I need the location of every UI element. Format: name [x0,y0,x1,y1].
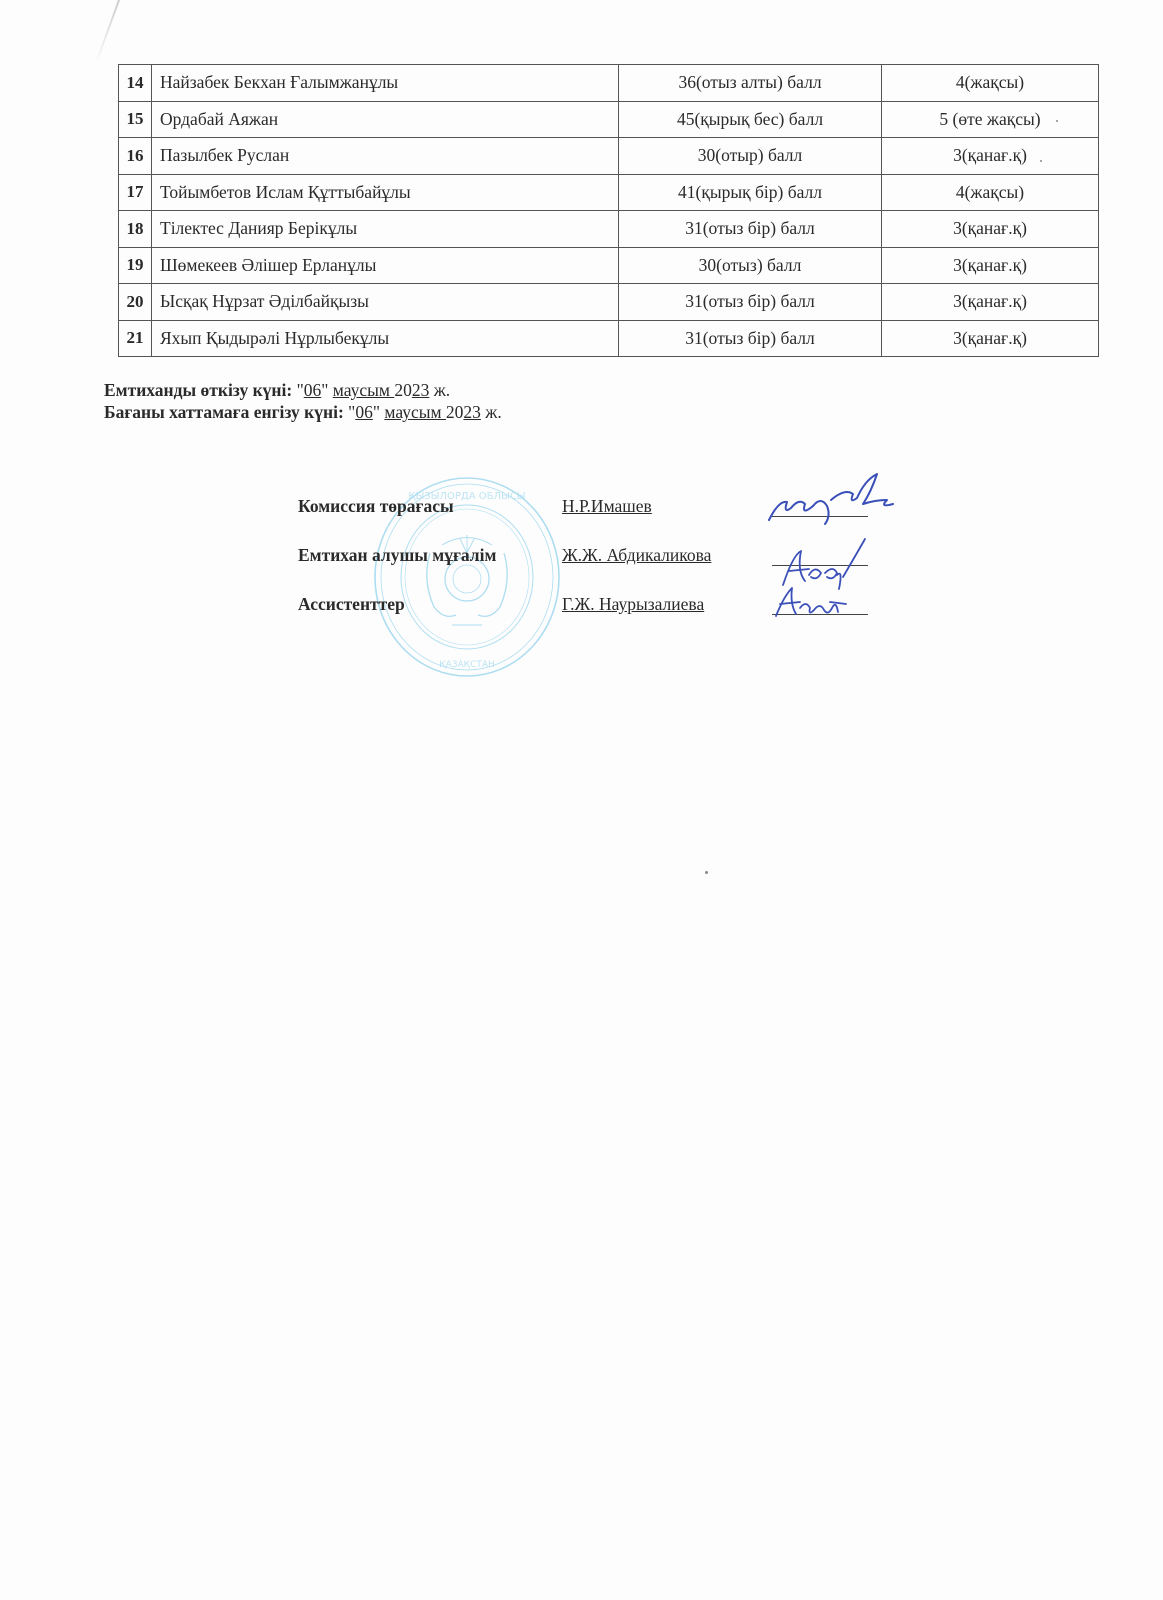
grade-cell: 3(қанағ.қ) [882,284,1099,321]
protocol-date-day: 06 [355,402,373,422]
exam-date-line: Емтиханды өткізу күні: "06" маусым 2023 … [104,379,502,401]
svg-text:ҚАЗАҚСТАН: ҚАЗАҚСТАН [439,660,495,670]
student-name: Тойымбетов Ислам Құттыбайұлы [152,174,619,211]
table-row: 14Найзабек Бекхан Ғалымжанұлы36(отыз алт… [119,65,1099,102]
protocol-date-year-suffix: 23 [463,402,481,422]
protocol-date-line: Бағаны хаттамаға енгізу күні: "06" маусы… [104,401,502,423]
row-number: 18 [119,211,152,248]
handwritten-signature-icon [770,582,860,622]
grade-cell: 5 (өте жақсы) [882,101,1099,138]
signature-name: Н.Р.Имашев [562,496,652,517]
table-row: 20Ысқақ Нұрзат Әділбайқызы31(отыз бір) б… [119,284,1099,321]
table-row: 16Пазылбек Руслан30(отыр) балл3(қанағ.қ) [119,138,1099,175]
signature-name: Г.Ж. Наурызалиева [562,594,704,615]
student-name: Пазылбек Руслан [152,138,619,175]
row-number: 17 [119,174,152,211]
protocol-date-label: Бағаны хаттамаға енгізу күні: [104,402,344,422]
score-cell: 36(отыз алты) балл [619,65,882,102]
row-number: 20 [119,284,152,321]
score-cell: 30(отыз) балл [619,247,882,284]
grade-cell: 4(жақсы) [882,174,1099,211]
exam-date-year-prefix: 20 [394,380,412,400]
score-cell: 45(қырық бес) балл [619,101,882,138]
signature-line [772,614,868,615]
exam-date-tail: ж. [429,380,450,400]
quote-close: " [321,380,333,400]
quote-open: " [344,402,356,422]
score-cell: 41(қырық бір) балл [619,174,882,211]
signature-role: Комиссия төрағасы [298,496,454,517]
row-number: 19 [119,247,152,284]
table-row: 19Шөмекеев Әлішер Ерланұлы30(отыз) балл3… [119,247,1099,284]
table-row: 15Ордабай Аяжан45(қырық бес) балл5 (өте … [119,101,1099,138]
exam-date-label: Емтиханды өткізу күні: [104,380,292,400]
scan-fold-artifact [96,0,120,60]
grade-cell: 4(жақсы) [882,65,1099,102]
handwritten-signature-icon [765,470,900,530]
row-number: 21 [119,320,152,357]
dates-block: Емтиханды өткізу күні: "06" маусым 2023 … [104,379,502,423]
score-cell: 31(отыз бір) балл [619,284,882,321]
student-name: Шөмекеев Әлішер Ерланұлы [152,247,619,284]
score-cell: 31(отыз бір) балл [619,211,882,248]
grade-cell: 3(қанағ.қ) [882,247,1099,284]
grades-table: 14Найзабек Бекхан Ғалымжанұлы36(отыз алт… [118,64,1099,357]
student-name: Найзабек Бекхан Ғалымжанұлы [152,65,619,102]
score-cell: 30(отыр) балл [619,138,882,175]
student-name: Ордабай Аяжан [152,101,619,138]
scan-speck [1040,160,1042,162]
grades-table-body: 14Найзабек Бекхан Ғалымжанұлы36(отыз алт… [119,65,1099,357]
exam-date-month: маусым [333,380,395,400]
grade-cell: 3(қанағ.қ) [882,138,1099,175]
student-name: Ысқақ Нұрзат Әділбайқызы [152,284,619,321]
signature-role: Емтихан алушы мұғалім [298,545,496,566]
scan-speck [1056,120,1058,122]
grade-cell: 3(қанағ.қ) [882,320,1099,357]
row-number: 14 [119,65,152,102]
table-row: 17Тойымбетов Ислам Құттыбайұлы41(қырық б… [119,174,1099,211]
grade-cell: 3(қанағ.қ) [882,211,1099,248]
student-name: Тілектес Данияр Берікұлы [152,211,619,248]
student-name: Яхып Қыдырәлі Нұрлыбекұлы [152,320,619,357]
table-row: 18Тілектес Данияр Берікұлы31(отыз бір) б… [119,211,1099,248]
row-number: 15 [119,101,152,138]
quote-close: " [373,402,385,422]
quote-open: " [292,380,304,400]
table-row: 21Яхып Қыдырәлі Нұрлыбекұлы31(отыз бір) … [119,320,1099,357]
signature-role: Ассистенттер [298,594,405,615]
protocol-date-year-prefix: 20 [446,402,464,422]
row-number: 16 [119,138,152,175]
score-cell: 31(отыз бір) балл [619,320,882,357]
scan-speck [705,871,708,874]
signature-line [772,565,868,566]
signature-line [772,516,868,517]
exam-date-day: 06 [304,380,322,400]
signature-name: Ж.Ж. Абдикаликова [562,545,711,566]
protocol-date-month: маусым [384,402,446,422]
protocol-date-tail: ж. [481,402,502,422]
exam-date-year-suffix: 23 [412,380,430,400]
